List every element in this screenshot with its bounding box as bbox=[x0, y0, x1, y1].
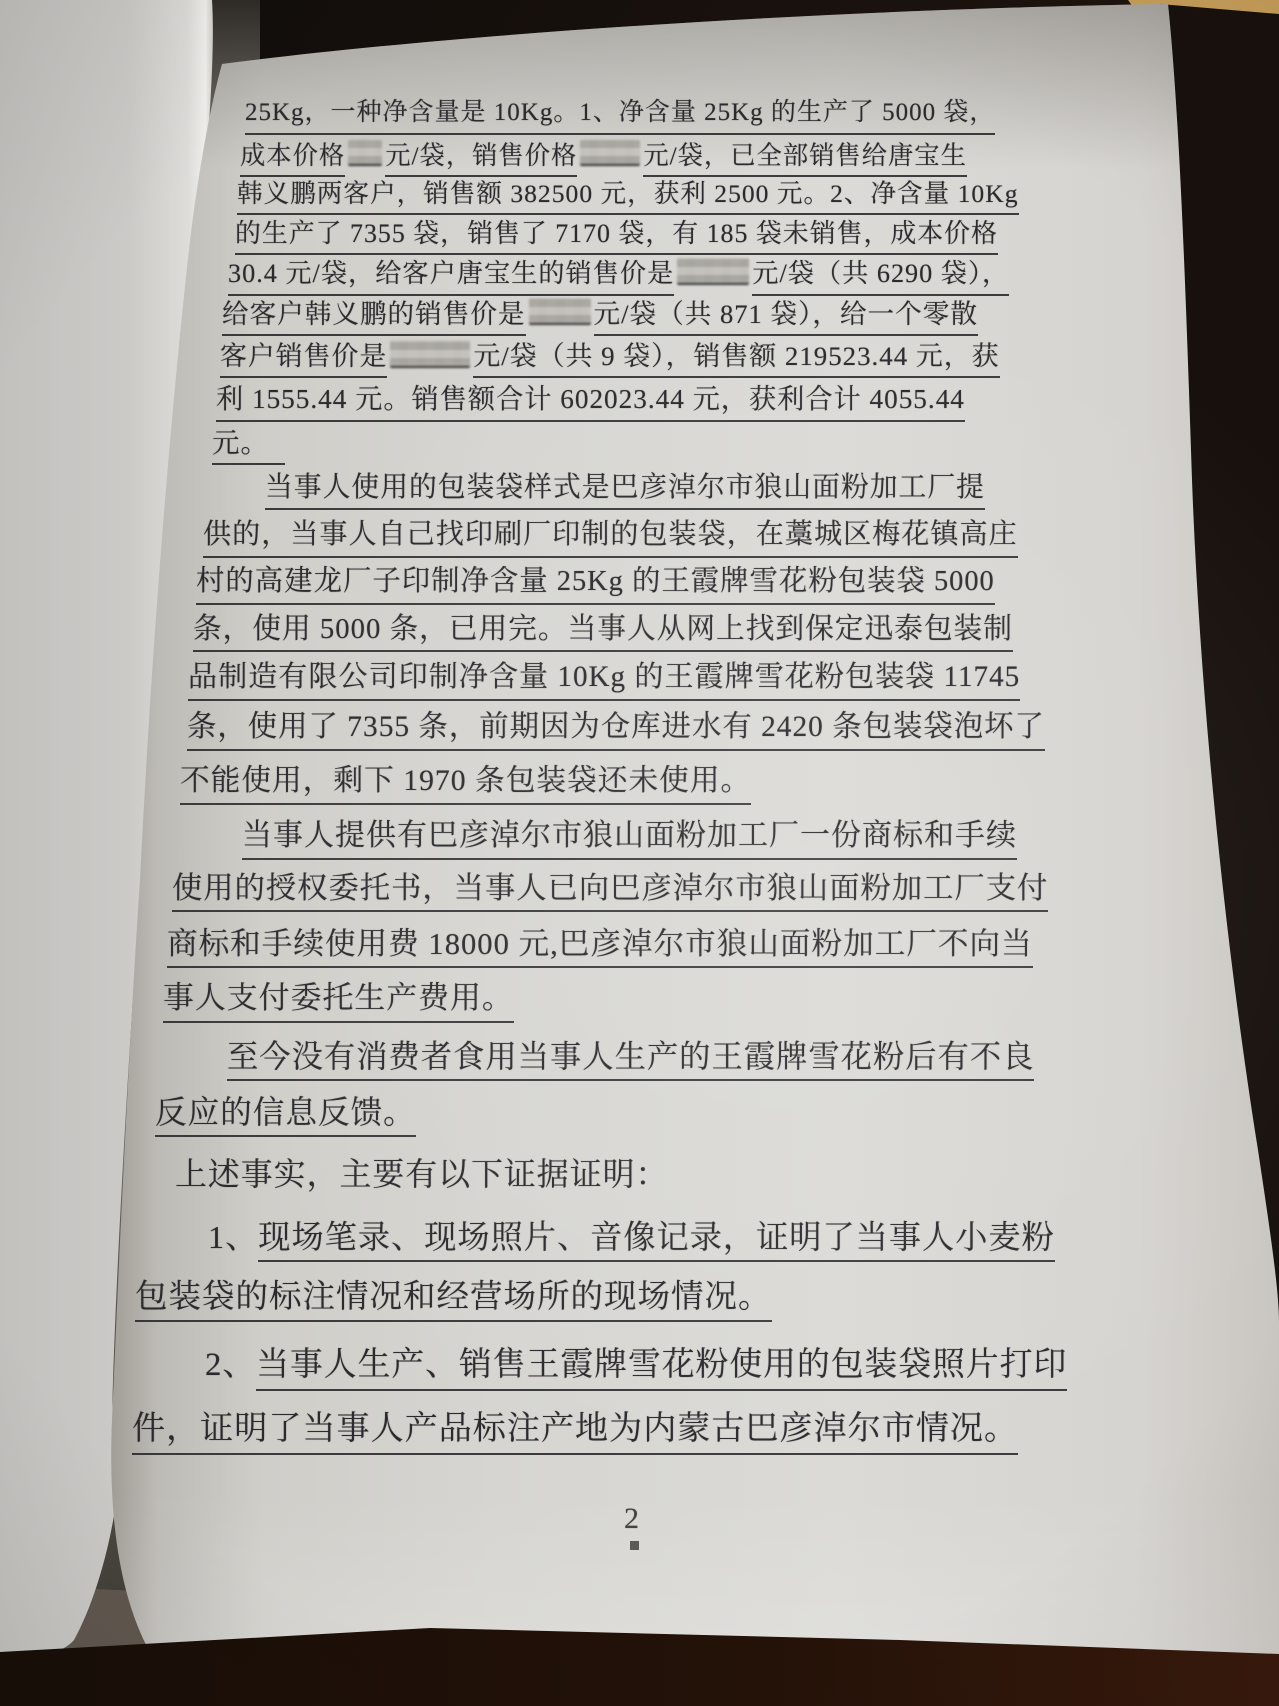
text-segment: 至今没有消费者食用当事人生产的王霞牌雪花粉后有不良 bbox=[227, 1040, 1034, 1081]
text-segment: 元/袋（共 6290 袋）， bbox=[752, 260, 1009, 296]
text-segment: 成本价格 bbox=[240, 143, 345, 178]
text-line: 当事人提供有巴彦淖尔市狼山面粉加工厂一份商标和手续 bbox=[242, 820, 1017, 860]
text-segment: 的生产了 7355 袋，销售了 7170 袋，有 185 袋未销售，成本价格 bbox=[235, 220, 998, 255]
text-line: 上述事实，主要有以下证据证明： bbox=[175, 1158, 668, 1198]
redaction-box bbox=[677, 258, 749, 285]
text-line: 条，使用了 7355 条，前期因为仓库进水有 2420 条包装袋泡坏了 bbox=[187, 712, 1045, 751]
text-line: 2、当事人生产、销售王霞牌雪花粉使用的包装袋照片打印 bbox=[205, 1348, 1067, 1391]
text-line: 客户销售价是元/袋（共 9 袋），销售额 219523.44 元，获 bbox=[220, 340, 1000, 378]
text-line: 村的高建龙厂子印制净含量 25Kg 的王霞牌雪花粉包装袋 5000 bbox=[196, 567, 995, 605]
text-line: 的生产了 7355 袋，销售了 7170 袋，有 185 袋未销售，成本价格 bbox=[235, 220, 998, 255]
text-line: 事人支付委托生产费用。 bbox=[163, 982, 514, 1023]
text-segment: 元/袋，已全部销售给唐宝生 bbox=[643, 143, 967, 178]
text-segment: 包装袋的标注情况和经营场所的现场情况。 bbox=[135, 1280, 772, 1322]
text-segment: 元/袋，销售价格 bbox=[385, 143, 577, 178]
text-segment: 品制造有限公司印制净含量 10Kg 的王霞牌雪花粉包装袋 11745 bbox=[188, 662, 1020, 701]
text-line: 当事人使用的包装袋样式是巴彦淖尔市狼山面粉加工厂提 bbox=[265, 473, 985, 510]
text-segment: 件， bbox=[132, 1412, 200, 1455]
text-segment: 1、 bbox=[208, 1220, 258, 1260]
text-segment: 使用的授权委托书，当事人已向巴彦淖尔市狼山面粉加工厂支付 bbox=[172, 872, 1048, 912]
text-line: 使用的授权委托书，当事人已向巴彦淖尔市狼山面粉加工厂支付 bbox=[172, 872, 1048, 912]
text-line: 不能使用，剩下 1970 条包装袋还未使用。 bbox=[180, 766, 751, 805]
text-segment: 当事人使用的包装袋样式是巴彦淖尔市狼山面粉加工厂提 bbox=[265, 473, 985, 510]
text-segment: 当事人提供有巴彦淖尔市狼山面粉加工厂一份商标和手续 bbox=[242, 820, 1017, 860]
text-segment: 商标和手续使用费 18000 元,巴彦淖尔市狼山面粉加工厂不向当 bbox=[167, 928, 1033, 968]
redaction-box bbox=[390, 340, 470, 368]
document-text-layer: 25Kg，一种净含量是 10Kg。1、净含量 25Kg 的生产了 5000 袋，… bbox=[0, 0, 1279, 1706]
text-line: 商标和手续使用费 18000 元,巴彦淖尔市狼山面粉加工厂不向当 bbox=[167, 928, 1033, 968]
text-line: 包装袋的标注情况和经营场所的现场情况。 bbox=[135, 1280, 772, 1322]
text-line: 韩义鹏两客户，销售额 382500 元，获利 2500 元。2、净含量 10Kg bbox=[237, 180, 1019, 215]
redaction-box bbox=[529, 298, 591, 325]
text-segment: 上述事实，主要有以下证据证明： bbox=[175, 1158, 668, 1198]
text-segment: 供的，当事人自己找印刷厂印制的包装袋，在藁城区梅花镇高庄 bbox=[203, 520, 1018, 558]
text-line: 成本价格元/袋，销售价格元/袋，已全部销售给唐宝生 bbox=[240, 140, 967, 177]
text-segment: 给客户韩义鹏的销售价是 bbox=[222, 300, 526, 336]
text-segment: 2、 bbox=[205, 1348, 256, 1389]
document-photo: 25Kg，一种净含量是 10Kg。1、净含量 25Kg 的生产了 5000 袋，… bbox=[0, 0, 1279, 1706]
text-line: 元。 bbox=[212, 428, 285, 465]
text-segment: 事人支付委托生产费用。 bbox=[163, 982, 514, 1023]
text-segment: 村的高建龙厂子印制净含量 25Kg 的王霞牌雪花粉包装袋 5000 bbox=[196, 567, 995, 605]
text-line: 品制造有限公司印制净含量 10Kg 的王霞牌雪花粉包装袋 11745 bbox=[188, 662, 1020, 701]
text-line: 反应的信息反馈。 bbox=[155, 1096, 416, 1137]
text-segment: 证明了当事人产品标注产地为内蒙古巴彦淖尔市情况。 bbox=[200, 1412, 1018, 1455]
page-number: 2 bbox=[624, 1502, 639, 1536]
text-segment: 25Kg，一种净含量是 10Kg。1、净含量 25Kg 的生产了 5000 袋， bbox=[245, 100, 995, 135]
text-line: 条，使用 5000 条，已用完。当事人从网上找到保定迅泰包装制 bbox=[193, 614, 1013, 652]
text-line: 件，证明了当事人产品标注产地为内蒙古巴彦淖尔市情况。 bbox=[132, 1412, 1018, 1455]
redaction-box bbox=[348, 140, 382, 166]
text-segment: 30.4 元/袋，给客户唐宝生的销售价是 bbox=[228, 260, 674, 296]
text-line: 供的，当事人自己找印刷厂印制的包装袋，在藁城区梅花镇高庄 bbox=[203, 520, 1018, 558]
paper-speck bbox=[630, 1541, 639, 1550]
text-segment: 元/袋（共 9 袋），销售额 219523.44 元，获 bbox=[473, 342, 999, 379]
text-segment: 客户销售价是 bbox=[220, 342, 387, 379]
text-segment: 韩义鹏两客户，销售额 382500 元，获利 2500 元。2、净含量 10Kg bbox=[237, 180, 1019, 215]
text-segment: 不能使用，剩下 1970 条包装袋还未使用。 bbox=[180, 766, 751, 805]
text-segment: 条，使用了 7355 条，前期因为仓库进水有 2420 条包装袋泡坏了 bbox=[187, 712, 1045, 751]
text-line: 25Kg，一种净含量是 10Kg。1、净含量 25Kg 的生产了 5000 袋， bbox=[245, 100, 995, 135]
text-segment: 现场笔录、现场照片、音像记录，证明了当事人小麦粉 bbox=[258, 1220, 1055, 1262]
text-line: 至今没有消费者食用当事人生产的王霞牌雪花粉后有不良 bbox=[227, 1040, 1034, 1081]
text-line: 给客户韩义鹏的销售价是元/袋（共 871 袋），给一个零散 bbox=[222, 298, 978, 336]
text-segment: 元/袋（共 871 袋），给一个零散 bbox=[594, 300, 978, 336]
text-segment: 反应的信息反馈。 bbox=[155, 1096, 416, 1137]
text-segment: 条，使用 5000 条，已用完。当事人从网上找到保定迅泰包装制 bbox=[193, 614, 1013, 652]
text-line: 1、现场笔录、现场照片、音像记录，证明了当事人小麦粉 bbox=[208, 1220, 1055, 1262]
text-segment: 当事人生产、销售王霞牌雪花粉使用的包装袋照片打印 bbox=[256, 1348, 1067, 1391]
text-line: 30.4 元/袋，给客户唐宝生的销售价是元/袋（共 6290 袋）， bbox=[228, 258, 1009, 296]
text-segment: 利 1555.44 元。销售额合计 602023.44 元，获利合计 4055.… bbox=[216, 385, 965, 422]
text-line: 利 1555.44 元。销售额合计 602023.44 元，获利合计 4055.… bbox=[216, 385, 965, 422]
redaction-box bbox=[580, 140, 640, 166]
text-segment: 元。 bbox=[212, 428, 285, 465]
